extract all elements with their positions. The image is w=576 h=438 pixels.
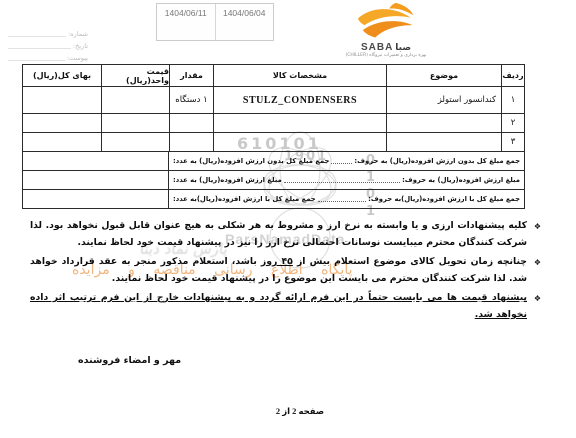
condition-item-currency: ❖ کلیه پیشنهادات ارزی و یا وابسته به نرخ…: [30, 217, 541, 251]
total-number-label: جمع مبلغ کل بدون ارزش افزوده(ریال) به عد…: [173, 157, 329, 165]
col-header-total-price: بهای کل(ریال): [23, 65, 101, 87]
dotted-fill-line: [331, 162, 352, 164]
amount-box: [23, 171, 169, 189]
logo-brand-en: SABA: [361, 42, 393, 53]
vat-amount-row: مبلغ ارزش افزوده(ریال) به حروف: مبلغ ارز…: [23, 171, 524, 190]
condition-text: کلیه پیشنهادات ارزی و یا وابسته به نرخ ا…: [30, 220, 527, 248]
qty-cell: [169, 114, 213, 133]
total-words-label: جمع مبلغ کل بدون ارزش افزوده(ریال) به حر…: [354, 157, 520, 165]
meta-label: شماره:: [68, 30, 88, 38]
meta-label: تاریخ:: [73, 42, 88, 50]
col-header-spec: مشخصات کالا: [213, 65, 386, 87]
fill-in-line: [8, 59, 65, 61]
dotted-fill-line: [318, 200, 366, 202]
diamond-bullet-icon: ❖: [534, 290, 541, 307]
logo-brand-fa: صبا: [395, 43, 411, 53]
condition-text: پیشنهاد قیمت ها می بایست حتماً در این فر…: [30, 292, 527, 320]
total-labels: مبلغ ارزش افزوده(ریال) به حروف: مبلغ ارز…: [169, 171, 524, 189]
total-price-cell: [23, 87, 101, 114]
total-labels: جمع مبلغ کل بدون ارزش افزوده(ریال) به حر…: [169, 152, 524, 170]
saba-logo: SABA صبا بهره برداری و تعمیرات نیروگاه (…: [336, 2, 436, 58]
conditions-section: ❖ کلیه پیشنهادات ارزی و یا وابسته به نرخ…: [30, 217, 541, 325]
spec-cell: [213, 133, 386, 152]
items-table: ردیف موضوع مشخصات کالا مقدار قیمت واحد(ر…: [22, 64, 525, 209]
letter-meta-block: شماره: تاریخ: پیوست:: [8, 26, 88, 62]
subject-cell: کندانسور استولز: [386, 87, 501, 114]
items-grid: ردیف موضوع مشخصات کالا مقدار قیمت واحد(ر…: [23, 65, 524, 152]
total-row-with-vat: جمع مبلغ کل با ارزش افزوده(ریال)به حروف:…: [23, 190, 524, 208]
spec-cell: [213, 114, 386, 133]
qty-cell: [169, 133, 213, 152]
col-header-qty: مقدار: [169, 65, 213, 87]
total-price-cell: [23, 114, 101, 133]
dotted-fill-line: [284, 181, 400, 183]
col-header-row-no: ردیف: [501, 65, 524, 87]
total-price-cell: [23, 133, 101, 152]
row-no-cell: ۱: [501, 87, 524, 114]
meta-row-date: تاریخ:: [8, 38, 88, 50]
unit-price-cell: [101, 87, 169, 114]
condition-item-form-only: ❖ پیشنهاد قیمت ها می بایست حتماً در این …: [30, 289, 541, 323]
seller-signature-label: مهر و امضاء فروشنده: [78, 355, 181, 366]
col-header-unit-price: قیمت واحد(ریال): [101, 65, 169, 87]
unit-price-cell: [101, 114, 169, 133]
total-row-without-vat: جمع مبلغ کل بدون ارزش افزوده(ریال) به حر…: [23, 152, 524, 171]
amount-box: [23, 190, 169, 208]
meta-label: پیوست:: [67, 54, 88, 62]
date-value: 1404/06/04: [215, 4, 274, 40]
row-no-cell: ۲: [501, 114, 524, 133]
condition-text: چنانچه زمان تحویل کالای موضوع استعلام بی…: [293, 256, 527, 267]
spec-cell: STULZ_CONDENSERS: [213, 87, 386, 114]
diamond-bullet-icon: ❖: [534, 218, 541, 235]
page-number: صفحه 2 از 2: [240, 406, 360, 417]
subject-cell: [386, 133, 501, 152]
fill-in-line: [8, 47, 71, 49]
meta-row-number: شماره:: [8, 26, 88, 38]
col-header-subject: موضوع: [386, 65, 501, 87]
inquiry-form-page: 610101 1901 0101 ParsNamadData پارس نماد…: [0, 0, 576, 438]
delivery-days-highlight: ۴۵ روز: [261, 256, 293, 267]
total-number-label: مبلغ ارزش افزوده(ریال) به عدد:: [173, 176, 282, 184]
total-words-label: جمع مبلغ کل با ارزش افزوده(ریال)به حروف:: [368, 195, 520, 203]
date-value: 1404/06/11: [157, 4, 215, 40]
total-labels: جمع مبلغ کل با ارزش افزوده(ریال)به حروف:…: [169, 190, 524, 208]
fill-in-line: [8, 35, 66, 37]
condition-item-delivery: ❖ چنانچه زمان تحویل کالای موضوع استعلام …: [30, 253, 541, 287]
subject-cell: [386, 114, 501, 133]
qty-cell: ۱ دستگاه: [169, 87, 213, 114]
amount-box: [23, 152, 169, 170]
meta-row-attachment: پیوست:: [8, 50, 88, 62]
row-no-cell: ۳: [501, 133, 524, 152]
unit-price-cell: [101, 133, 169, 152]
logo-tagline: بهره برداری و تعمیرات نیروگاه (CHILLER): [336, 53, 436, 58]
diamond-bullet-icon: ❖: [534, 254, 541, 271]
dates-box: 1404/06/11 1404/06/04: [156, 3, 274, 41]
total-number-label: جمع مبلغ کل با ارزش افزوده(ریال)به عدد:: [173, 195, 316, 203]
total-words-label: مبلغ ارزش افزوده(ریال) به حروف:: [402, 176, 520, 184]
